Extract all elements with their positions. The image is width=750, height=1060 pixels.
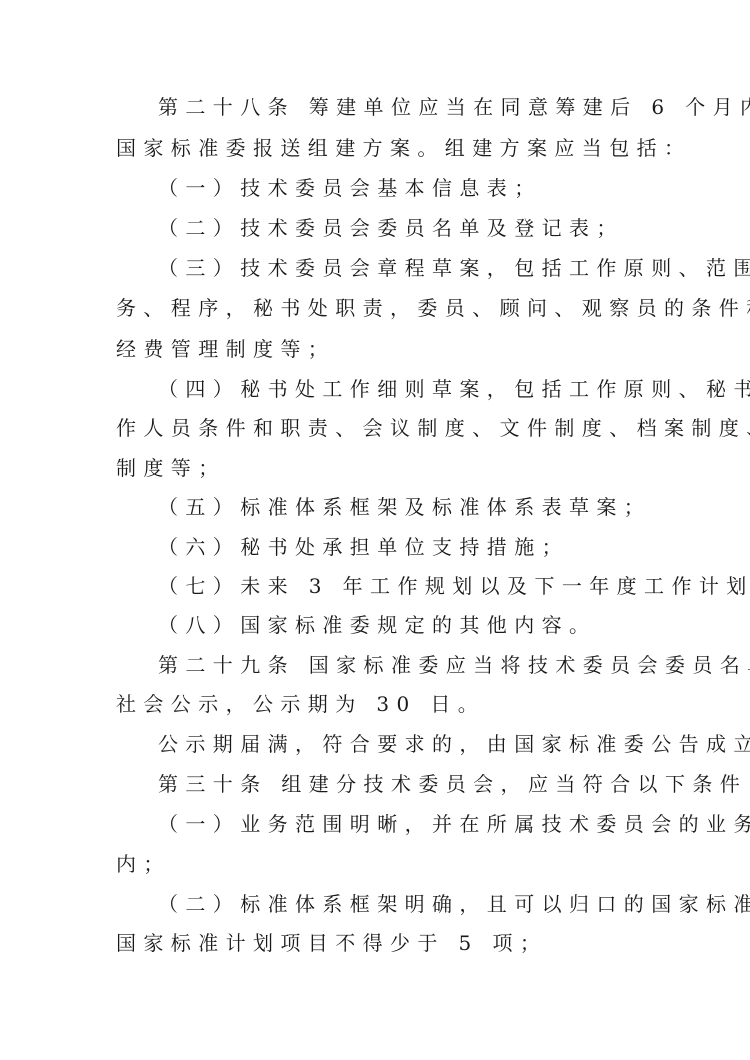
list-item-2: （二）技术委员会委员名单及登记表； [158,214,688,242]
list-item-6: （六）秘书处承担单位支持措施； [158,533,688,561]
list-item-4-line-2: 作人员条件和职责、会议制度、文件制度、档案制度、财务 [116,414,646,442]
list-item-8: （八）国家标准委规定的其他内容。 [158,611,688,639]
article-28-continuation-line: 国家标准委报送组建方案。组建方案应当包括： [116,134,646,162]
list-item-1: （一）技术委员会基本信息表； [158,174,688,202]
article-28-heading-line: 第二十八条 筹建单位应当在同意筹建后 6 个月内，向 [158,93,688,121]
document-page: 第二十八条 筹建单位应当在同意筹建后 6 个月内，向 国家标准委报送组建方案。组… [0,0,750,1060]
list-item-7: （七）未来 3 年工作规划以及下一年度工作计划草案； [158,572,688,600]
article-30-heading-line: 第三十条 组建分技术委员会，应当符合以下条件： [158,770,688,798]
condition-1-line-2: 内； [116,850,646,878]
publicity-paragraph: 公示期届满，符合要求的，由国家标准委公告成立。 [158,730,688,758]
list-item-4-line-3: 制度等； [116,454,646,482]
article-29-heading-line: 第二十九条 国家标准委应当将技术委员会委员名单向 [158,651,688,679]
list-item-3-line-1: （三）技术委员会章程草案，包括工作原则、范围、任 [158,254,688,282]
condition-2-line-2: 国家标准计划项目不得少于 5 项； [116,929,646,957]
list-item-5: （五）标准体系框架及标准体系表草案； [158,493,688,521]
list-item-4-line-1: （四）秘书处工作细则草案，包括工作原则、秘书处工 [158,375,688,403]
list-item-3-line-3: 经费管理制度等； [116,335,646,363]
condition-2-line-1: （二）标准体系框架明确，且可以归口的国家标准或者 [158,890,688,918]
article-29-continuation-line: 社会公示，公示期为 30 日。 [116,690,646,718]
condition-1-line-1: （一）业务范围明晰，并在所属技术委员会的业务范围 [158,810,688,838]
list-item-3-line-2: 务、程序，秘书处职责，委员、顾问、观察员的条件和职责， [116,294,646,322]
